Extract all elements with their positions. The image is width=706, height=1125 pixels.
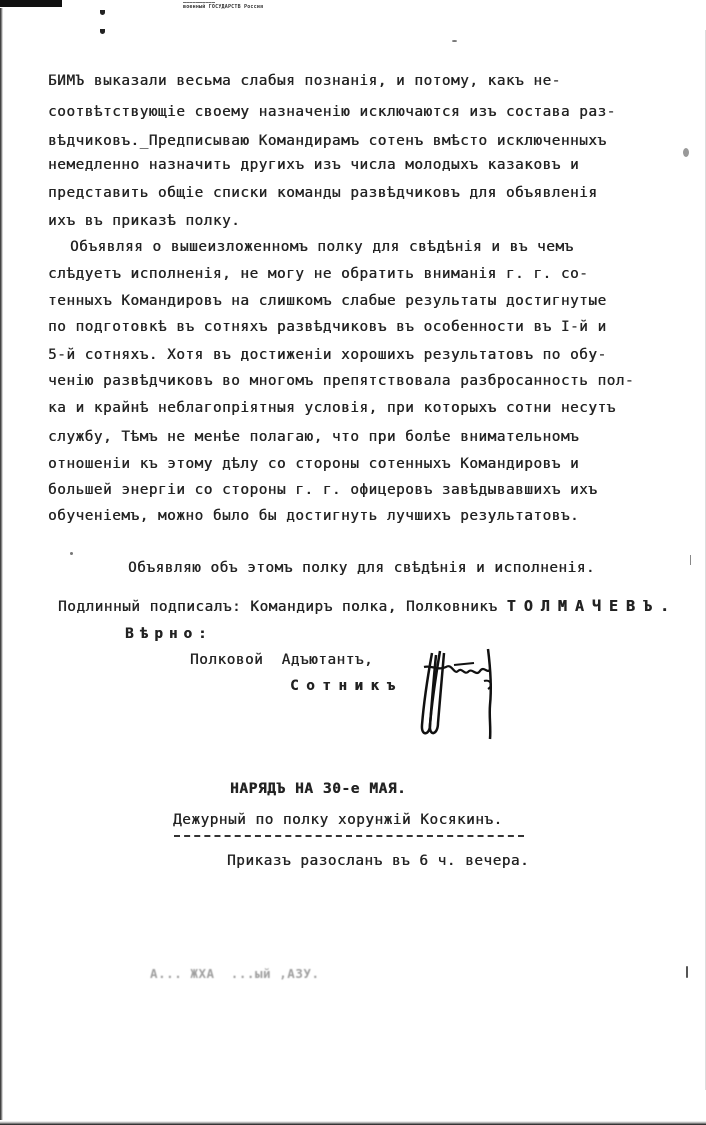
header-stamp: ………………………… военный ГОСУДАРСТВ Россия (183, 0, 263, 10)
text-line: ка и крайнѣ неблагопрiятныя условiя, при… (48, 399, 616, 417)
dispatch-note: Приказъ разосланъ въ 6 ч. вечера. (227, 852, 529, 870)
commander-surname: ТОЛМАЧЕВЪ. (507, 597, 677, 615)
original-signed-prefix: Подлинный подписалъ: Командиръ полка, По… (58, 599, 507, 615)
duty-officer: Дежурный по полку хорунжiй Косякинъ. (173, 811, 503, 829)
text-line: отношенiи къ этому дѣлу со стороны сотен… (48, 455, 579, 473)
text-line: 5-й сотняхъ. Хотя въ достиженiи хорошихъ… (48, 346, 607, 364)
text-line: службу, Тѣмъ не менѣе полагаю, что при б… (48, 428, 579, 446)
faded-bleedthrough-text: А... ЖХА ...ый ,АЗУ. (150, 965, 320, 983)
speck (690, 555, 691, 565)
text-line: немедленно назначить другихъ изъ числа м… (48, 156, 579, 174)
text-line: представить общiе списки команды развѣдч… (48, 184, 597, 202)
header-marks (100, 0, 116, 6)
scan-border-left (0, 8, 3, 1120)
announcement: Объявляю объ этомъ полку для свѣдѣнiя и … (128, 559, 595, 577)
adjutant-title: Полковой Адъютантъ, (190, 651, 373, 669)
text-line: соотвѣтствующiе своему назначенiю исключ… (48, 103, 616, 121)
header-stamp-line: военный ГОСУДАРСТВ Россия (183, 5, 263, 10)
sotnik-title: Сотникъ (290, 677, 403, 695)
text-line: вѣдчиковъ._Предписываю Командирамъ сотен… (48, 132, 607, 150)
speck (686, 966, 688, 978)
text-line: обученiемъ, можно было бы достигнуть луч… (48, 507, 579, 525)
text-line: Объявляя о вышеизложенномъ полку для свѣ… (70, 238, 574, 256)
duty-heading: НАРЯДЪ НА 30-е МАЯ. (230, 780, 406, 798)
scan-border-bottom (0, 1121, 706, 1125)
text-line: ихъ въ приказѣ полку. (48, 212, 240, 230)
text-line: слѣдуетъ исполненiя, не могу не обратить… (48, 265, 588, 283)
text-line: по подготовкѣ въ сотняхъ развѣдчиковъ въ… (48, 318, 607, 336)
verno-certification: Вѣрно: (125, 625, 213, 643)
scan-border-top (0, 0, 62, 7)
speck (70, 552, 73, 555)
text-line: ченiю развѣдчиковъ во многомъ препятство… (48, 372, 634, 390)
speck (683, 148, 689, 157)
text-line: большей энергiи со стороны г. г. офицеро… (48, 481, 597, 499)
handwritten-signature (418, 645, 498, 740)
text-line: тенныхъ Командировъ на слишкомъ слабые р… (48, 292, 607, 310)
speck (452, 40, 457, 42)
dashed-underline (174, 835, 524, 837)
text-line: БИМЪ выказали весьма слабыя познанiя, и … (48, 72, 561, 90)
original-signed-line: Подлинный подписалъ: Командиръ полка, По… (58, 597, 677, 616)
